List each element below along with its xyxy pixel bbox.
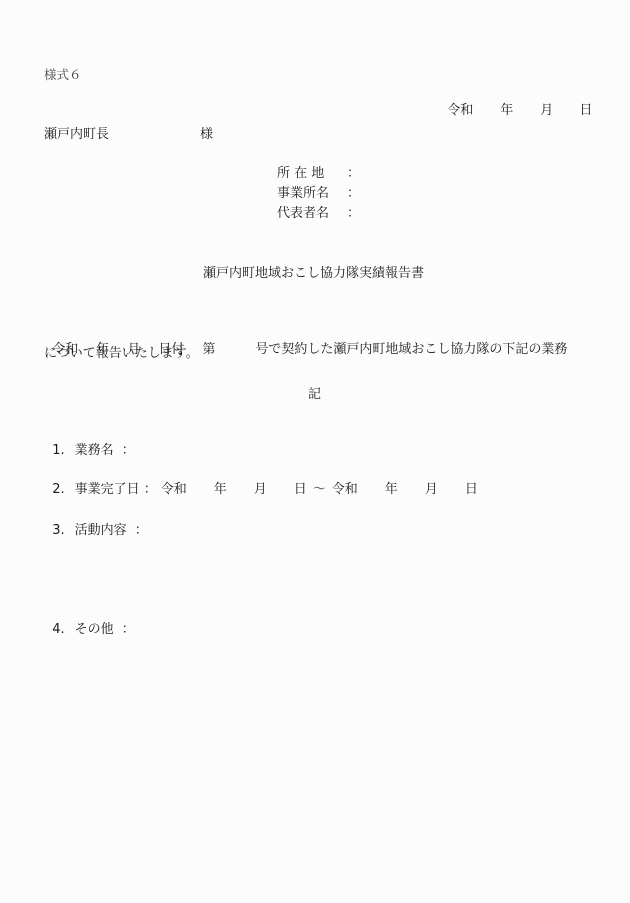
from-month: 月	[254, 482, 267, 497]
date-day: 日	[579, 103, 592, 118]
to-month: 月	[425, 482, 438, 497]
to-year: 年	[385, 482, 398, 497]
address-colon: ：	[347, 166, 360, 182]
item-number: 3.	[52, 523, 64, 538]
business-name-colon: ：	[347, 186, 360, 202]
from-era: 令和	[161, 482, 187, 497]
intro-line1-rest: 号で契約した瀬戸内町地域おこし協力隊の下記の業務	[255, 342, 567, 357]
addressee-name: 瀬戸内町長	[44, 127, 109, 143]
item-number: 4.	[52, 622, 64, 637]
item-number: 2.	[52, 482, 64, 497]
item-colon: ：	[122, 443, 135, 458]
representative-label: 代表者名	[277, 206, 329, 222]
item-activity-content: 3.活動内容：	[44, 507, 148, 539]
item-label: 事業完了日	[75, 482, 140, 497]
item-colon: ：	[135, 523, 148, 538]
from-year: 年	[214, 482, 227, 497]
item-business-name: 1.業務名：	[44, 427, 135, 459]
form-number: 様式６	[44, 67, 82, 83]
date-year: 年	[500, 103, 513, 118]
date-era: 令和	[447, 103, 473, 118]
document-title: 瀬戸内町地域おこし協力隊実績報告書	[203, 266, 424, 282]
intro-number-prefix: 第	[202, 342, 215, 357]
intro-line-2: について報告いたします。	[44, 346, 199, 362]
tilde: ～	[313, 482, 326, 497]
item-colon: ：	[122, 622, 135, 637]
date-month: 月	[540, 103, 553, 118]
address-label: 所 在 地	[277, 166, 324, 182]
item-other: 4.その他：	[44, 606, 135, 638]
to-day: 日	[465, 482, 478, 497]
business-name-label: 事業所名	[277, 186, 329, 202]
item-label: 業務名	[75, 443, 114, 458]
item-colon: ：	[144, 482, 157, 497]
item-label: その他	[75, 622, 114, 637]
to-era: 令和	[332, 482, 358, 497]
from-day: 日	[294, 482, 307, 497]
item-number: 1.	[52, 443, 64, 458]
ki-heading: 記	[308, 387, 321, 403]
representative-colon: ：	[347, 206, 360, 222]
date-line: 令和年月日	[439, 87, 592, 119]
item-completion-date: 2.事業完了日：令和年月日～令和年月日	[44, 466, 478, 498]
addressee-honorific: 様	[200, 127, 213, 143]
item-label: 活動内容	[75, 523, 127, 538]
